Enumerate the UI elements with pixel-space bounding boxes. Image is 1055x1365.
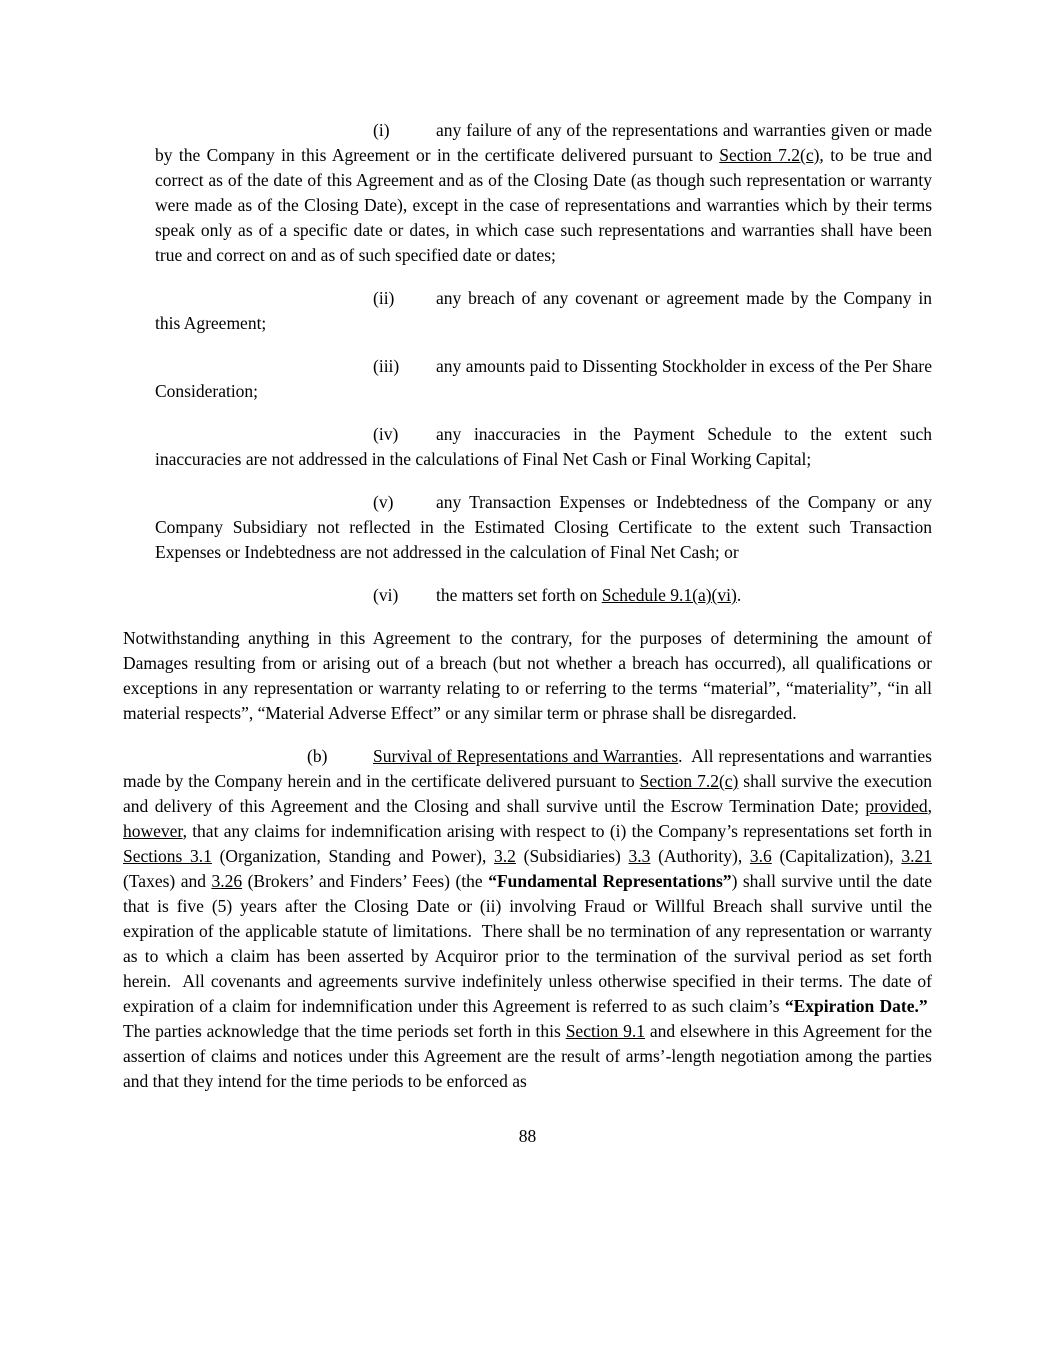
clause-v-marker: (v)	[373, 490, 436, 515]
clause-ii-text: any breach of any covenant or agreement …	[155, 288, 932, 333]
clause-v-paragraph: (v)any Transaction Expenses or Indebtedn…	[155, 490, 932, 565]
clause-iv-paragraph: (iv)any inaccuracies in the Payment Sche…	[155, 422, 932, 472]
page-number: 88	[123, 1124, 932, 1149]
clause-vi-paragraph: (vi)the matters set forth on Schedule 9.…	[155, 583, 932, 608]
clause-iii-paragraph: (iii)any amounts paid to Dissenting Stoc…	[155, 354, 932, 404]
document-page: (i)any failure of any of the representat…	[0, 0, 1055, 1365]
clause-iii-text: any amounts paid to Dissenting Stockhold…	[155, 356, 932, 401]
clause-ii-marker: (ii)	[373, 286, 436, 311]
clause-i-text: any failure of any of the representation…	[155, 120, 932, 265]
clause-i-paragraph: (i)any failure of any of the representat…	[155, 118, 932, 268]
clause-v-text: any Transaction Expenses or Indebtedness…	[155, 492, 932, 562]
survival-marker: (b)	[307, 744, 373, 769]
clause-i-marker: (i)	[373, 118, 436, 143]
clause-vi-marker: (vi)	[373, 583, 436, 608]
notwithstanding-paragraph: Notwithstanding anything in this Agreeme…	[123, 626, 932, 726]
clause-iv-marker: (iv)	[373, 422, 436, 447]
survival-paragraph: (b)Survival of Representations and Warra…	[123, 744, 932, 1094]
notwithstanding-text: Notwithstanding anything in this Agreeme…	[123, 628, 932, 723]
survival-text: Survival of Representations and Warranti…	[123, 746, 932, 1091]
clause-iv-text: any inaccuracies in the Payment Schedule…	[155, 424, 932, 469]
clause-ii-paragraph: (ii)any breach of any covenant or agreem…	[155, 286, 932, 336]
clause-iii-marker: (iii)	[373, 354, 436, 379]
clause-vi-text: the matters set forth on Schedule 9.1(a)…	[436, 585, 741, 605]
